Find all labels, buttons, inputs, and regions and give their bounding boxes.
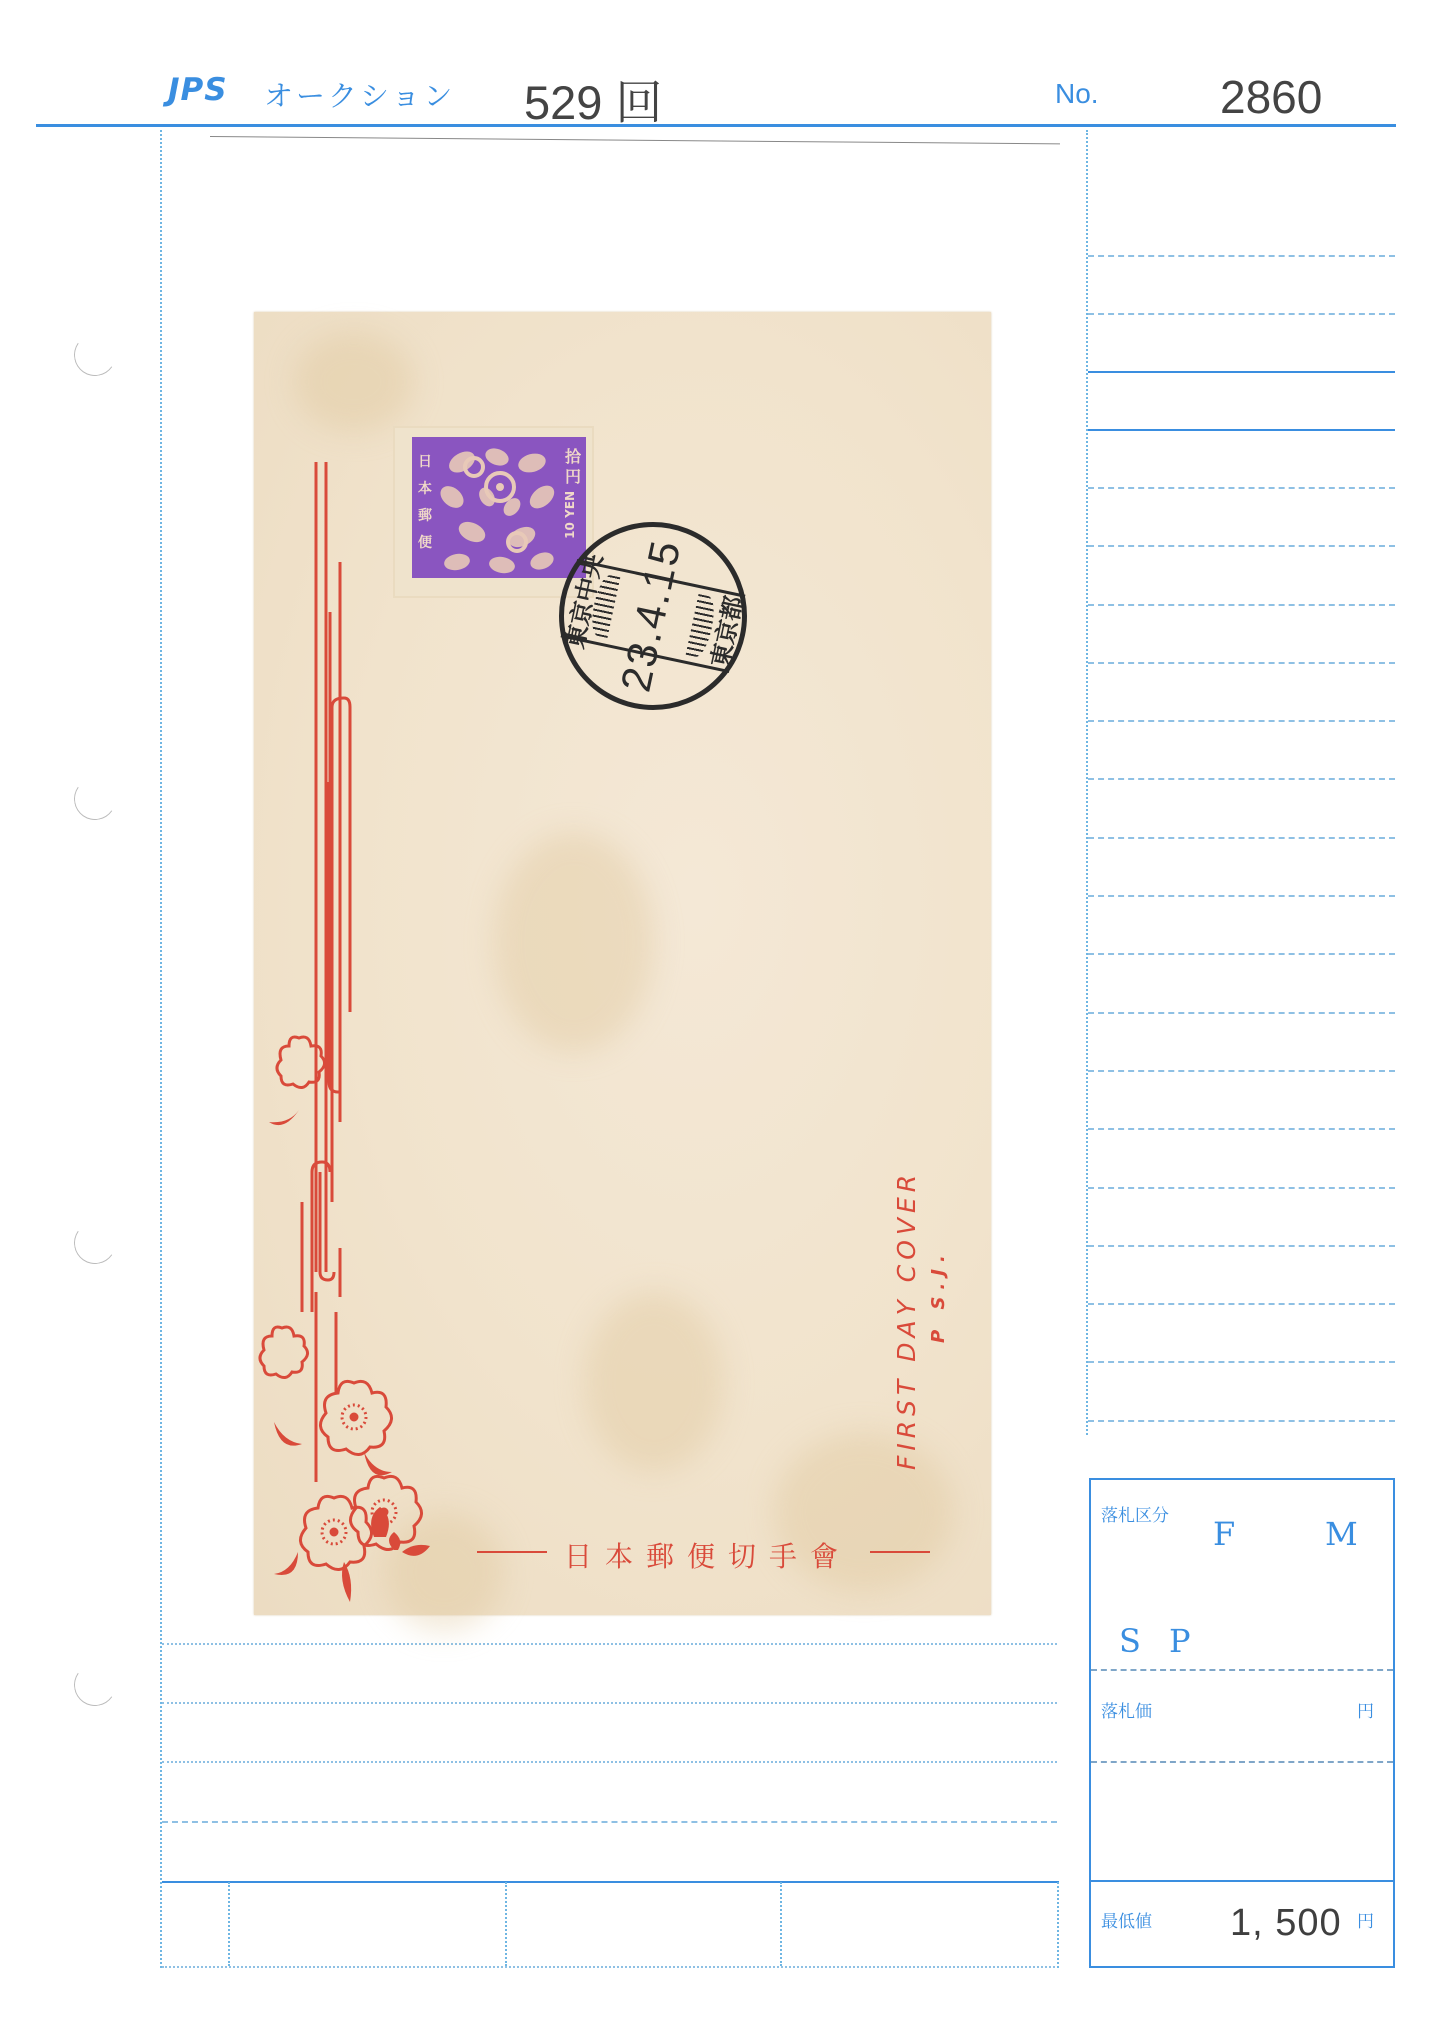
- sleeve-edge-line: [210, 136, 1060, 144]
- grid-cell-divider: [228, 1882, 230, 1966]
- ruled-line: [1088, 545, 1395, 547]
- ruled-line-solid: [1088, 429, 1395, 431]
- category-label: 落札区分: [1101, 1501, 1169, 1526]
- ruled-line: [1088, 1012, 1395, 1014]
- grid-cell-divider: [780, 1882, 782, 1966]
- ruled-line: [1088, 1245, 1395, 1247]
- punch-hole: [71, 331, 120, 380]
- postage-stamp: 日本郵便 拾円 10 YEN: [412, 437, 586, 578]
- punch-hole: [71, 1661, 120, 1710]
- left-margin-line: [160, 130, 162, 1968]
- ruled-line: [162, 1821, 1057, 1823]
- bid-box-divider: [1091, 1669, 1393, 1671]
- lot-number-label: No.: [1055, 78, 1099, 110]
- ruled-line: [1088, 604, 1395, 606]
- ruled-line-solid: [162, 1881, 1059, 1883]
- ruled-line: [1088, 837, 1395, 839]
- winning-price-label: 落札価: [1101, 1697, 1152, 1722]
- ruled-line: [1088, 487, 1395, 489]
- bid-box-divider: [1091, 1761, 1393, 1763]
- ruled-line: [1088, 255, 1395, 257]
- ruled-line: [1088, 1303, 1395, 1305]
- ruled-line: [1088, 1361, 1395, 1363]
- postmark-cancel: 東京中央 23.4.15 東京都: [559, 522, 747, 710]
- minimum-price-label: 最低値: [1101, 1907, 1152, 1932]
- bottom-line: [162, 1966, 1059, 1968]
- ruled-line: [1088, 1420, 1395, 1422]
- minimum-price-value: 1, 500: [1230, 1902, 1342, 1945]
- punch-hole: [71, 775, 120, 824]
- ruled-line: [1088, 953, 1395, 955]
- grid-cell-divider: [505, 1882, 507, 1966]
- postmark-date: 23.4.15: [607, 513, 696, 719]
- psj-label: P S.J.: [928, 1248, 949, 1343]
- bid-box-divider-solid: [1091, 1880, 1393, 1882]
- winning-price-unit: 円: [1357, 1697, 1374, 1722]
- brand-subtitle: オークション: [264, 74, 455, 115]
- header-rule: [36, 124, 1396, 127]
- first-day-cover-label: FIRST DAY COVER: [892, 1170, 921, 1470]
- minimum-price-unit: 円: [1357, 1907, 1374, 1932]
- society-name: 日本郵便切手會: [564, 1535, 851, 1575]
- society-rule-right: [870, 1551, 930, 1553]
- auction-session: 529 回: [524, 66, 662, 133]
- ruled-line: [1088, 895, 1395, 897]
- category-m[interactable]: M: [1325, 1515, 1358, 1553]
- column-divider: [1086, 130, 1088, 1435]
- category-p[interactable]: P: [1169, 1622, 1191, 1660]
- ruled-line: [1088, 662, 1395, 664]
- brand-logo: JPS: [168, 72, 228, 108]
- ruled-line: [1088, 313, 1395, 315]
- stamp-country-text: 日本郵便: [416, 449, 434, 557]
- ruled-line: [1088, 720, 1395, 722]
- ruled-line: [162, 1761, 1057, 1763]
- category-s[interactable]: S: [1119, 1622, 1141, 1660]
- ruled-line-solid: [1088, 371, 1395, 373]
- ruled-line: [1088, 778, 1395, 780]
- ruled-line: [1088, 1128, 1395, 1130]
- ruled-line: [1088, 1070, 1395, 1072]
- lot-number: 2860: [1220, 70, 1322, 124]
- category-f[interactable]: F: [1213, 1515, 1235, 1553]
- ruled-line: [1088, 1187, 1395, 1189]
- denomination-kanji: 拾円: [563, 447, 583, 487]
- ruled-line: [162, 1643, 1057, 1645]
- ruled-line: [162, 1702, 1057, 1704]
- society-rule-left: [477, 1551, 547, 1553]
- floral-pattern-icon: [412, 437, 586, 578]
- punch-hole: [71, 1219, 120, 1268]
- grid-cell-divider: [1057, 1882, 1059, 1968]
